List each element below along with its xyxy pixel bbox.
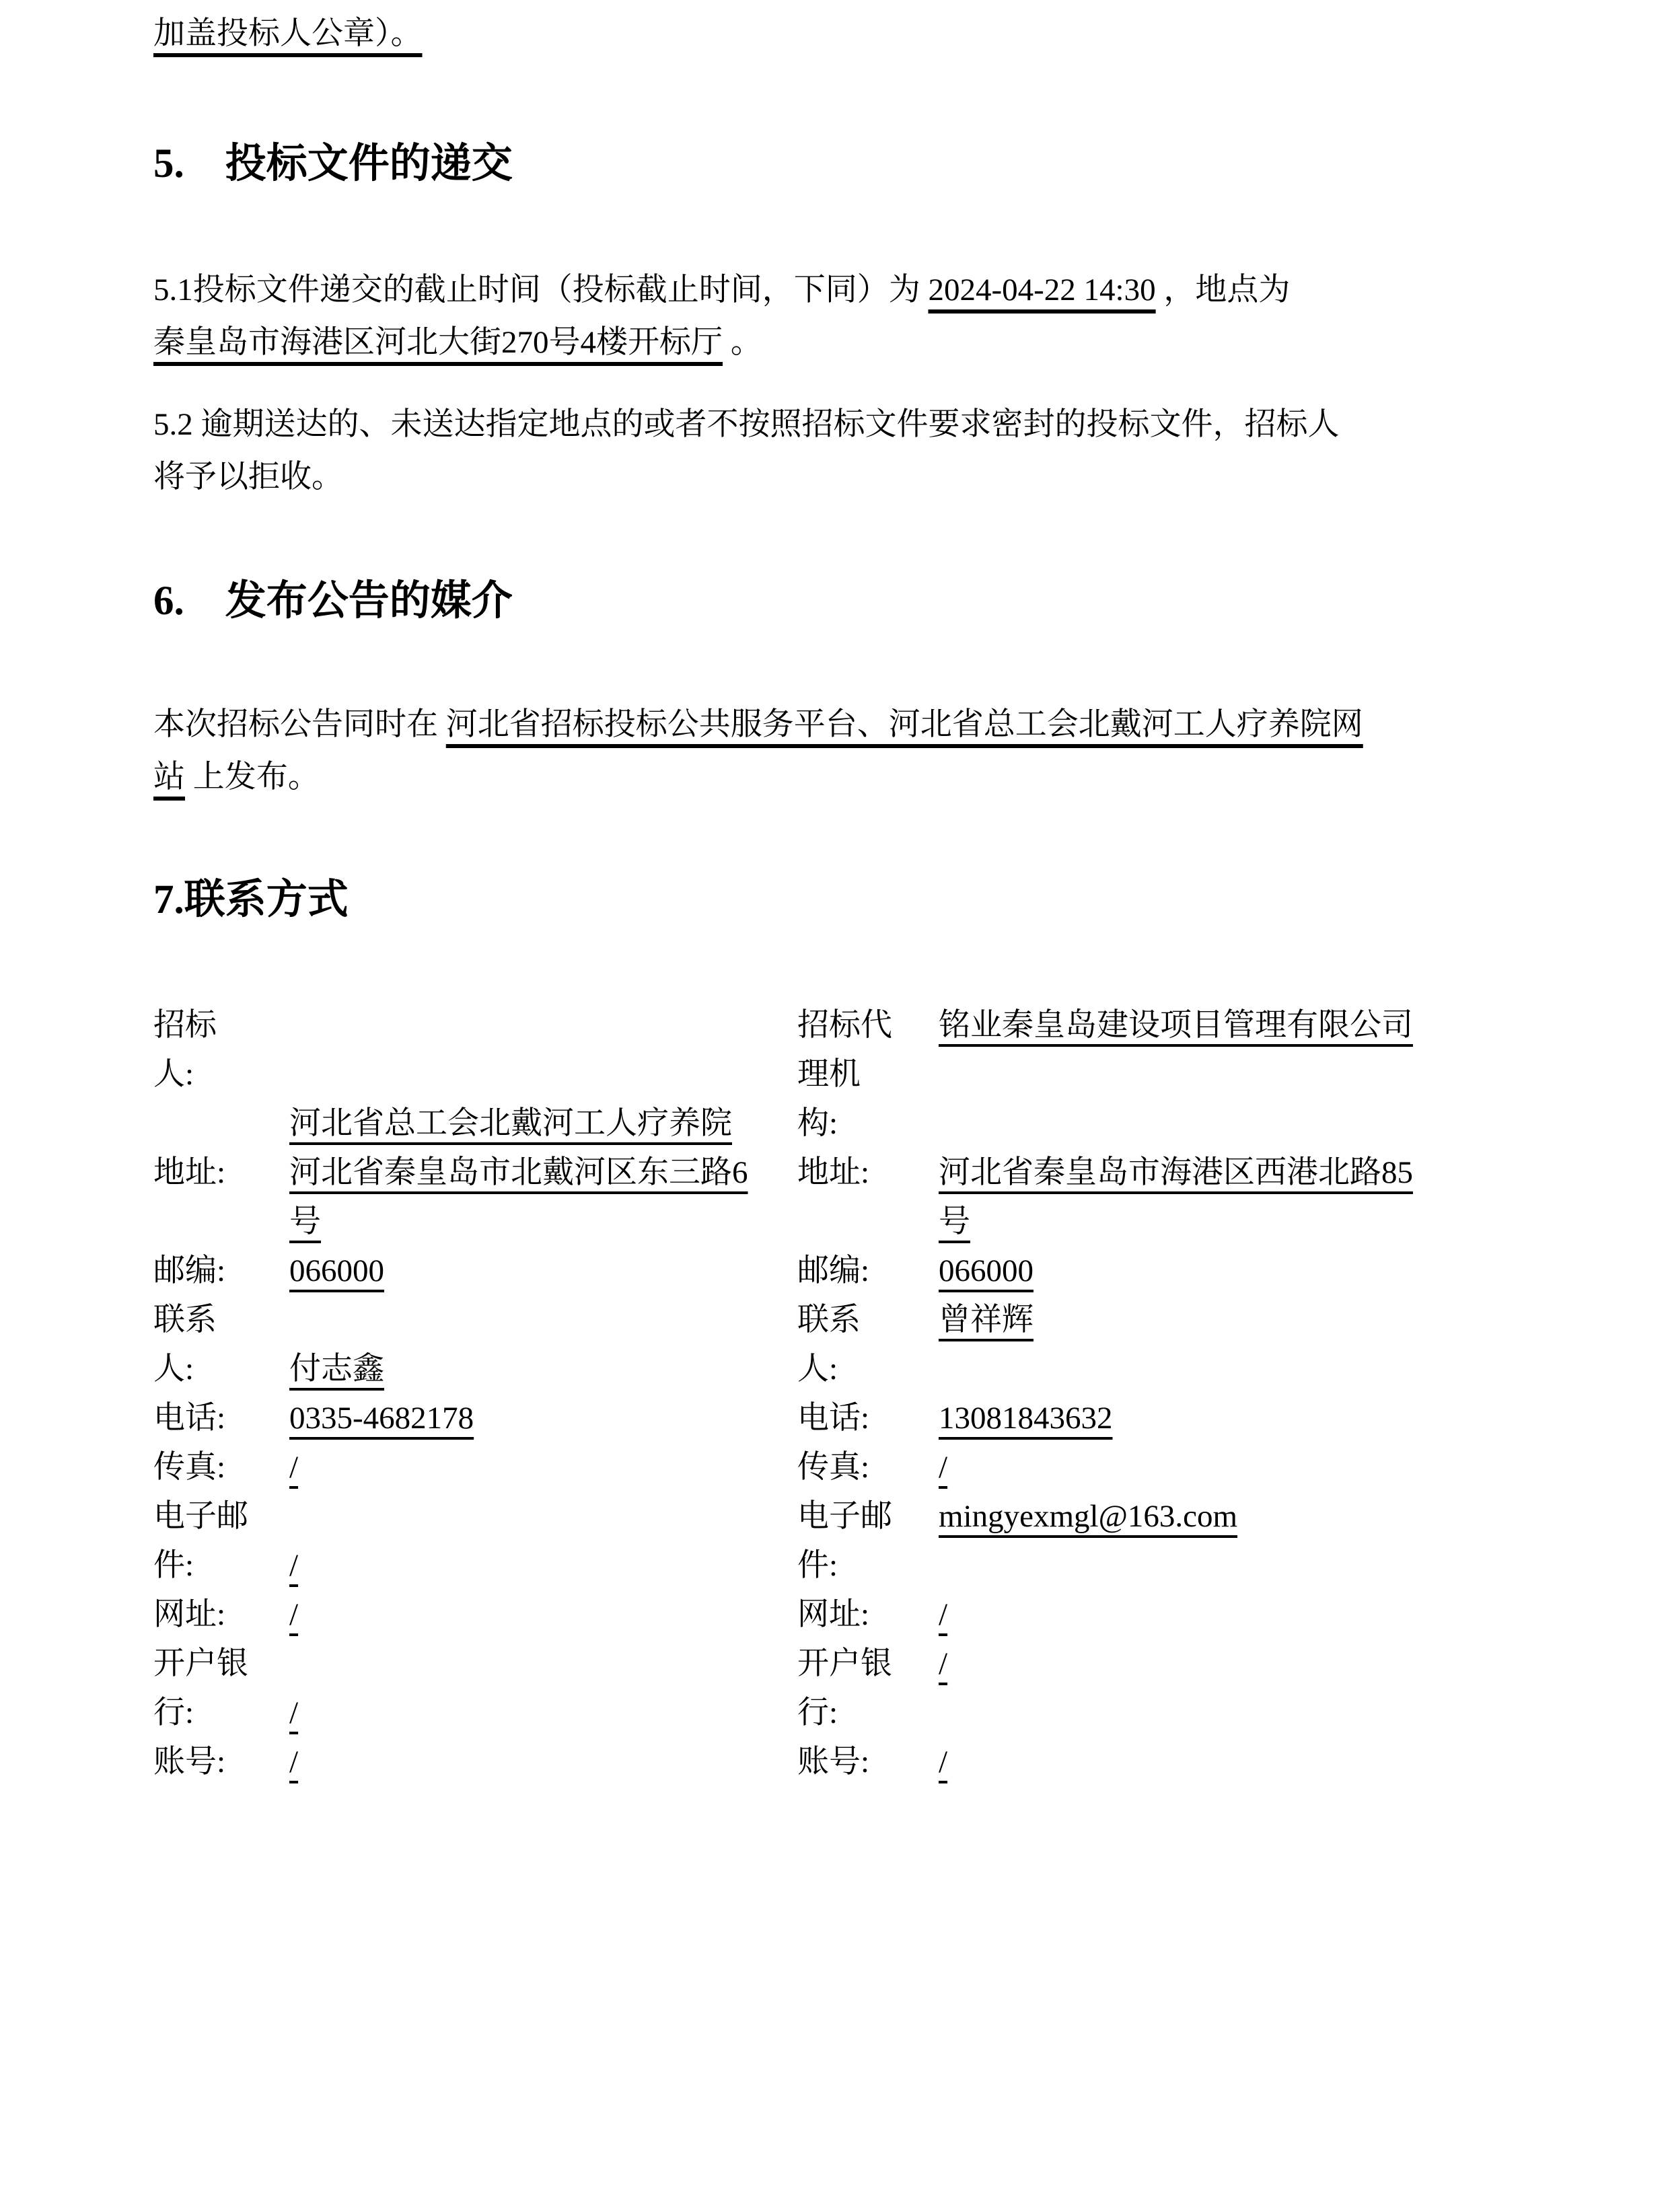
contact-table: 招标 人:河北省总工会北戴河工人疗养院招标代 理机 构:铭业秦皇岛建设项目管理有… [153,1001,1514,1787]
contact-left-label: 电子邮 件: [153,1492,254,1590]
section-5-heading: 5. 投标文件的递交 [153,133,1514,195]
paragraph-5-2: 5.2 逾期送达的、未送达指定地点的或者不按照招标文件要求密封的投标文件，招标人… [153,398,1514,503]
contact-right-label: 网址: [797,1590,898,1639]
contact-left-label: 地址: [153,1148,254,1197]
contact-right-value: / [898,1738,1514,1787]
lead-paragraph: 加盖投标人公章）。 [153,9,1514,58]
contact-right-label: 联系 人: [797,1296,898,1394]
contact-right-label: 账号: [797,1738,898,1787]
text-run: 上发布。 [185,760,320,795]
contact-right-value: / [898,1443,1514,1492]
contact-right-label: 邮编: [797,1247,898,1296]
text-run: 5.1投标文件递交的截止时间（投标截止时间，下同）为 [153,272,929,307]
contact-left-label: 电话: [153,1394,254,1443]
paragraph-6: 本次招标公告同时在 河北省招标投标公共服务平台、河北省总工会北戴河工人疗养院网 … [153,698,1514,803]
contact-right-label: 电话: [797,1394,898,1443]
document-page: { "colors": { "text": "#000000", "backgr… [0,0,1668,2212]
contact-left-value: / [254,1738,797,1787]
contact-right-label: 传真: [797,1443,898,1492]
contact-left-value: / [254,1590,797,1639]
contact-right-value: / [898,1639,1514,1689]
contact-left-label: 开户银 行: [153,1639,254,1738]
contact-right-label: 招标代 理机 构: [797,1001,898,1148]
underlined-text: 加盖投标人公章）。 [153,16,423,51]
contact-right-label: 地址: [797,1148,898,1197]
contact-left-value: / [254,1541,797,1590]
contact-left-value: 066000 [254,1247,797,1296]
section-7-heading: 7.联系方式 [153,869,1514,931]
underlined-text: 秦皇岛市海港区河北大街270号4楼开标厅 [153,325,723,360]
text-run: 本次招标公告同时在 [153,707,446,742]
section-6-heading: 6. 发布公告的媒介 [153,570,1514,632]
paragraph-5-1: 5.1投标文件递交的截止时间（投标截止时间，下同）为 2024-04-22 14… [153,264,1514,369]
contact-right-value: / [898,1590,1514,1639]
contact-right-label: 开户银 行: [797,1639,898,1738]
contact-right-label: 电子邮 件: [797,1492,898,1590]
contact-right-value: 曾祥辉 [898,1296,1514,1345]
contact-right-value: 铭业秦皇岛建设项目管理有限公司 [898,1001,1514,1050]
contact-right-value: 13081843632 [898,1394,1514,1443]
contact-right-value: mingyexmgl@163.com [898,1492,1514,1541]
contact-right-value: 066000 [898,1247,1514,1296]
contact-right-value: 河北省秦皇岛市海港区西港北路85 号 [898,1148,1514,1247]
text-run: 5.2 逾期送达的、未送达指定地点的或者不按照招标文件要求密封的投标文件，招标人… [153,407,1340,494]
underlined-text: 2024-04-22 14:30 [929,272,1156,307]
contact-left-value: 河北省总工会北戴河工人疗养院 [254,1099,797,1148]
contact-left-label: 网址: [153,1590,254,1639]
contact-left-value: / [254,1443,797,1492]
contact-left-label: 传真: [153,1443,254,1492]
contact-left-label: 邮编: [153,1247,254,1296]
contact-left-value: 付志鑫 [254,1345,797,1394]
contact-left-label: 招标 人: [153,1001,254,1099]
text-run: 。 [723,325,762,360]
contact-left-value: 河北省秦皇岛市北戴河区东三路6 号 [254,1148,797,1247]
contact-left-value: 0335-4682178 [254,1394,797,1443]
page-content: 加盖投标人公章）。 5. 投标文件的递交 5.1投标文件递交的截止时间（投标截止… [0,9,1668,1787]
text-run: ，地点为 [1156,272,1291,307]
contact-left-value: / [254,1689,797,1738]
contact-left-label: 账号: [153,1738,254,1787]
contact-left-label: 联系 人: [153,1296,254,1394]
